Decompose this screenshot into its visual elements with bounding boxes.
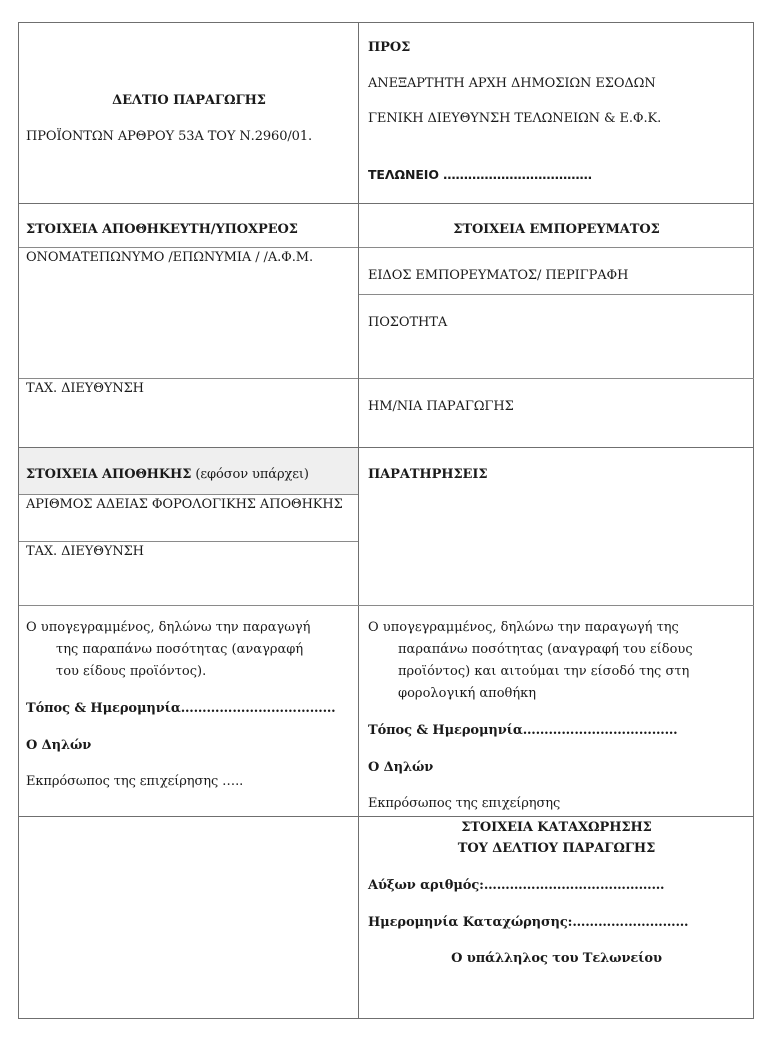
- goods-heading: ΣΤΟΙΧΕΙΑ ΕΜΠΟΡΕΥΜΑΤΟΣ: [359, 222, 754, 237]
- declaration-left-representative[interactable]: Εκπρόσωπος της επιχείρησης …..: [26, 774, 243, 789]
- declaration-left-cell: Ο υπογεγραμμένος, δηλώνω την παραγωγή τη…: [19, 606, 358, 816]
- warehouse-license-label: ΑΡΙΘΜΟΣ ΑΔΕΙΑΣ ΦΟΡΟΛΟΓΙΚΗΣ ΑΠΟΘΗΚΗΣ: [26, 497, 343, 512]
- registration-date-field[interactable]: Ημερομηνία Καταχώρησης:………………………: [368, 915, 688, 930]
- declaration-right-line1: Ο υπογεγραμμένος, δηλώνω την παραγωγή τη…: [368, 617, 753, 639]
- goods-quantity-label: ΠΟΣΟΤΗΤΑ: [368, 315, 447, 330]
- document-subtitle: ΠΡΟΪΟΝΤΩΝ ΑΡΘΡΟΥ 53Α ΤΟΥ Ν.2960/01.: [26, 129, 312, 144]
- customs-office-field[interactable]: ΤΕΛΩΝΕΙΟ ………………………………: [368, 167, 592, 182]
- depositor-address-label: ΤΑΧ. ΔΙΕΥΘΥΝΣΗ: [26, 381, 144, 396]
- warehouse-address-field[interactable]: ΤΑΧ. ΔΙΕΥΘΥΝΣΗ: [19, 542, 358, 605]
- goods-type-label: ΕΙΔΟΣ ΕΜΠΟΡΕΥΜΑΤΟΣ/ ΠΕΡΙΓΡΑΦΗ: [368, 268, 628, 283]
- declaration-right-line2: παραπάνω ποσότητας (αναγραφή του είδους: [368, 639, 753, 661]
- declaration-left-line2: της παραπάνω ποσότητας (αναγραφή: [26, 639, 356, 661]
- depositor-name-field[interactable]: ΟΝΟΜΑΤΕΠΩΝΥΜΟ /ΕΠΩΝΥΜΙΑ / /Α.Φ.Μ.: [19, 248, 358, 378]
- declaration-left-line1: Ο υπογεγραμμένος, δηλώνω την παραγωγή: [26, 617, 356, 639]
- depositor-heading: ΣΤΟΙΧΕΙΑ ΑΠΟΘΗΚΕΥΤΗ/ΥΠΟΧΡΕΟΣ: [26, 222, 298, 237]
- production-date-label: ΗΜ/ΝΙΑ ΠΑΡΑΓΩΓΗΣ: [368, 399, 514, 414]
- declaration-right-place-date[interactable]: Τόπος & Ημερομηνία………………………………: [368, 723, 678, 738]
- declaration-right-representative[interactable]: Εκπρόσωπος της επιχείρησης: [368, 796, 560, 811]
- declaration-right-declarant: Ο Δηλών: [368, 760, 433, 775]
- depositor-name-label: ΟΝΟΜΑΤΕΠΩΝΥΜΟ /ΕΠΩΝΥΜΙΑ / /Α.Φ.Μ.: [26, 250, 313, 265]
- warehouse-heading: ΣΤΟΙΧΕΙΑ ΑΠΟΘΗΚΗΣ (εφόσον υπάρχει): [26, 467, 309, 482]
- document-title: ΔΕΛΤΙΟ ΠΑΡΑΓΩΓΗΣ: [19, 93, 359, 108]
- header-right-cell: ΠΡΟΣ ΑΝΕΞΑΡΤΗΤΗ ΑΡΧΗ ΔΗΜΟΣΙΩΝ ΕΣΟΔΩΝ ΓΕΝ…: [359, 23, 754, 203]
- row-divider: [19, 203, 754, 204]
- header-left-cell: ΔΕΛΤΙΟ ΠΑΡΑΓΩΓΗΣ ΠΡΟΪΟΝΤΩΝ ΑΡΘΡΟΥ 53Α ΤΟ…: [19, 23, 359, 203]
- directorate-name: ΓΕΝΙΚΗ ΔΙΕΥΘΥΝΣΗ ΤΕΛΩΝΕΙΩΝ & Ε.Φ.Κ.: [368, 111, 661, 126]
- registration-heading-line2: ΤΟΥ ΔΕΛΤΙΟΥ ΠΑΡΑΓΩΓΗΣ: [359, 841, 754, 856]
- customs-official-label: Ο υπάλληλος του Τελωνείου: [359, 951, 754, 966]
- warehouse-heading-note: (εφόσον υπάρχει): [191, 467, 309, 482]
- declaration-left-place-date[interactable]: Τόπος & Ημερομηνία………………………………: [26, 701, 336, 716]
- production-slip-form: ΔΕΛΤΙΟ ΠΑΡΑΓΩΓΗΣ ΠΡΟΪΟΝΤΩΝ ΑΡΘΡΟΥ 53Α ΤΟ…: [18, 22, 754, 1019]
- remarks-heading: ΠΑΡΑΤΗΡΗΣΕΙΣ: [368, 467, 487, 482]
- declaration-left-declarant: Ο Δηλών: [26, 738, 91, 753]
- production-date-field[interactable]: ΗΜ/ΝΙΑ ΠΑΡΑΓΩΓΗΣ: [359, 379, 754, 447]
- registration-heading-line1: ΣΤΟΙΧΕΙΑ ΚΑΤΑΧΩΡΗΣΗΣ: [359, 820, 754, 835]
- declaration-right-line3: προϊόντος) και αιτούμαι την είσοδό της σ…: [368, 661, 753, 683]
- declaration-right-text: Ο υπογεγραμμένος, δηλώνω την παραγωγή τη…: [368, 617, 753, 705]
- authority-name: ΑΝΕΞΑΡΤΗΤΗ ΑΡΧΗ ΔΗΜΟΣΙΩΝ ΕΣΟΔΩΝ: [368, 76, 656, 91]
- declaration-left-text: Ο υπογεγραμμένος, δηλώνω την παραγωγή τη…: [26, 617, 356, 683]
- declaration-right-cell: Ο υπογεγραμμένος, δηλώνω την παραγωγή τη…: [359, 606, 754, 816]
- serial-number-field[interactable]: Αύξων αριθμός:……………………………………: [368, 878, 664, 893]
- warehouse-license-field[interactable]: ΑΡΙΘΜΟΣ ΑΔΕΙΑΣ ΦΟΡΟΛΟΓΙΚΗΣ ΑΠΟΘΗΚΗΣ: [19, 495, 358, 541]
- remarks-field[interactable]: ΠΑΡΑΤΗΡΗΣΕΙΣ: [359, 448, 754, 605]
- goods-type-field[interactable]: ΕΙΔΟΣ ΕΜΠΟΡΕΥΜΑΤΟΣ/ ΠΕΡΙΓΡΑΦΗ: [359, 248, 754, 294]
- depositor-address-field[interactable]: ΤΑΧ. ΔΙΕΥΘΥΝΣΗ: [19, 379, 358, 447]
- warehouse-address-label: ΤΑΧ. ΔΙΕΥΘΥΝΣΗ: [26, 544, 144, 559]
- goods-quantity-field[interactable]: ΠΟΣΟΤΗΤΑ: [359, 295, 754, 378]
- declaration-left-line3: του είδους προϊόντος).: [26, 661, 356, 683]
- declaration-right-line4: φορολογική αποθήκη: [368, 683, 753, 705]
- to-label: ΠΡΟΣ: [368, 40, 410, 55]
- registration-cell: ΣΤΟΙΧΕΙΑ ΚΑΤΑΧΩΡΗΣΗΣ ΤΟΥ ΔΕΛΤΙΟΥ ΠΑΡΑΓΩΓ…: [359, 817, 754, 1019]
- warehouse-heading-text: ΣΤΟΙΧΕΙΑ ΑΠΟΘΗΚΗΣ: [26, 467, 191, 482]
- registration-left-empty-cell: [19, 817, 358, 1019]
